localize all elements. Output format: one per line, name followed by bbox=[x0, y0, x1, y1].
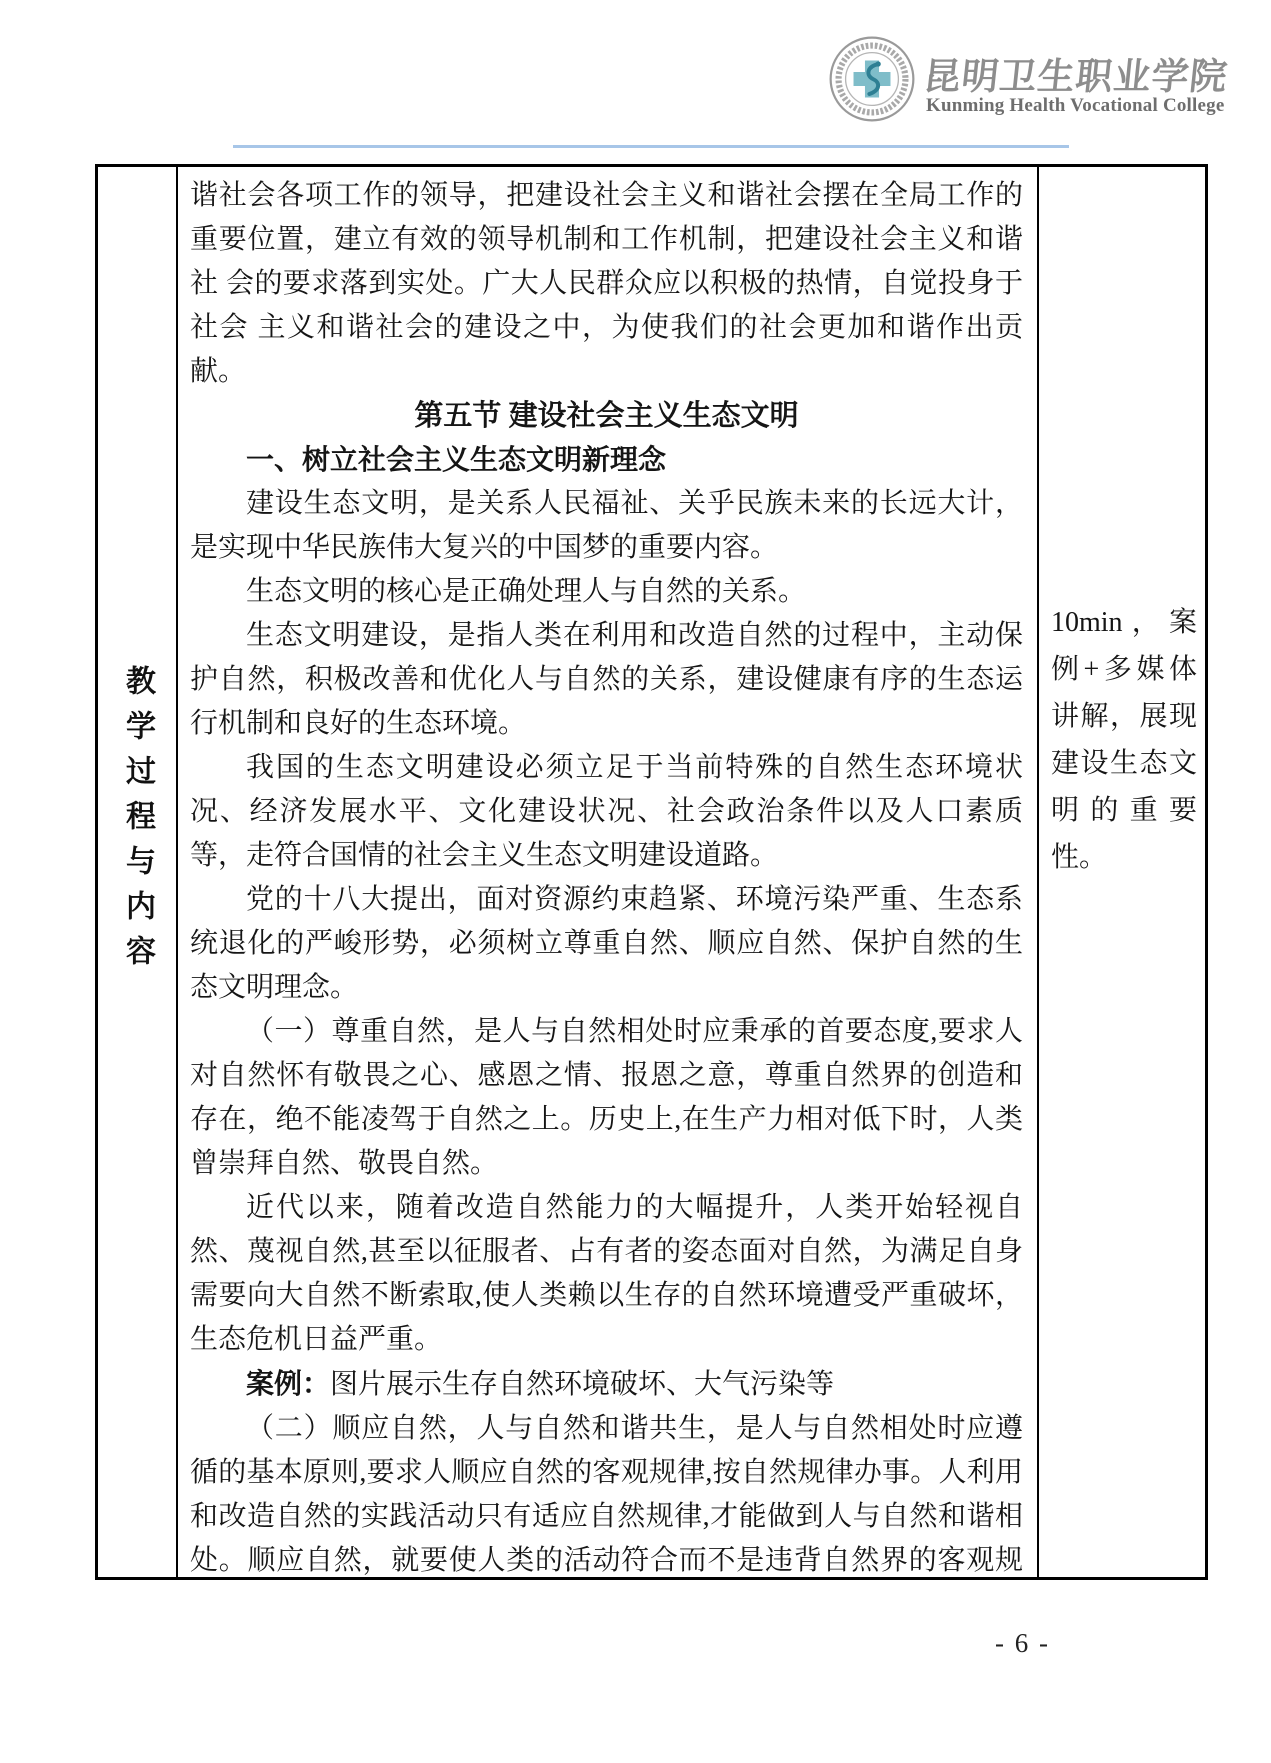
table-time-note-cell: 10min，案例+多媒体讲解，展现建设生态文明的重要性。 bbox=[1039, 167, 1205, 1577]
page-number: - 6 - bbox=[940, 1628, 1105, 1659]
body-paragraph: 建设生态文明，是关系人民福祉、关乎民族未来的长远大计，是实现中华民族伟大复兴的中… bbox=[190, 482, 1023, 570]
body-paragraph: 党的十八大提出，面对资源约束趋紧、环境污染严重、生态系统退化的严峻形势，必须树立… bbox=[190, 878, 1023, 1010]
time-note: 10min，案例+多媒体讲解，展现建设生态文明的重要性。 bbox=[1051, 599, 1197, 881]
case-text: 图片展示生存自然环境破坏、大气污染等 bbox=[330, 1369, 834, 1400]
case-paragraph: 案例：图片展示生存自然环境破坏、大气污染等 bbox=[190, 1362, 1023, 1407]
college-name-en: Kunming Health Vocational College bbox=[926, 95, 1224, 117]
lesson-plan-page: 昆明卫生职业学院 Kunming Health Vocational Colle… bbox=[0, 0, 1271, 1763]
table-row-header-cell: 教学过程与内容 bbox=[98, 167, 178, 1577]
body-paragraph: （一）尊重自然，是人与自然相处时应秉承的首要态度,要求人对自然怀有敬畏之心、感恩… bbox=[190, 1010, 1023, 1186]
body-paragraph: 近代以来，随着改造自然能力的大幅提升，人类开始轻视自然、蔑视自然,甚至以征服者、… bbox=[190, 1186, 1023, 1362]
body-paragraph: 我国的生态文明建设必须立足于当前特殊的自然生态环境状况、经济发展水平、文化建设状… bbox=[190, 746, 1023, 878]
section-heading: 第五节 建设社会主义生态文明 bbox=[190, 394, 1023, 438]
continuation-paragraph: 谐社会各项工作的领导，把建设社会主义和谐社会摆在全局工作的 重要位置，建立有效的… bbox=[190, 174, 1023, 394]
lesson-plan-table: 教学过程与内容 谐社会各项工作的领导，把建设社会主义和谐社会摆在全局工作的 重要… bbox=[95, 164, 1208, 1580]
table-content-cell: 谐社会各项工作的领导，把建设社会主义和谐社会摆在全局工作的 重要位置，建立有效的… bbox=[178, 167, 1039, 1577]
body-paragraph: 生态文明建设，是指人类在利用和改造自然的过程中，主动保护自然，积极改善和优化人与… bbox=[190, 614, 1023, 746]
row-header-teaching-process: 教学过程与内容 bbox=[115, 665, 159, 980]
college-seal-icon bbox=[828, 34, 916, 124]
body-paragraph: 生态文明的核心是正确处理人与自然的关系。 bbox=[190, 570, 1023, 614]
college-name-zh: 昆明卫生职业学院 bbox=[921, 46, 1227, 100]
subsection-heading: 一、树立社会主义生态文明新理念 bbox=[190, 438, 1023, 482]
header-divider-rule bbox=[233, 145, 1069, 148]
body-paragraph-final: （二）顺应自然，人与自然和谐共生，是人与自然相处时应遵循的基本原则,要求人顺应自… bbox=[190, 1407, 1023, 1577]
case-label: 案例： bbox=[246, 1368, 330, 1399]
